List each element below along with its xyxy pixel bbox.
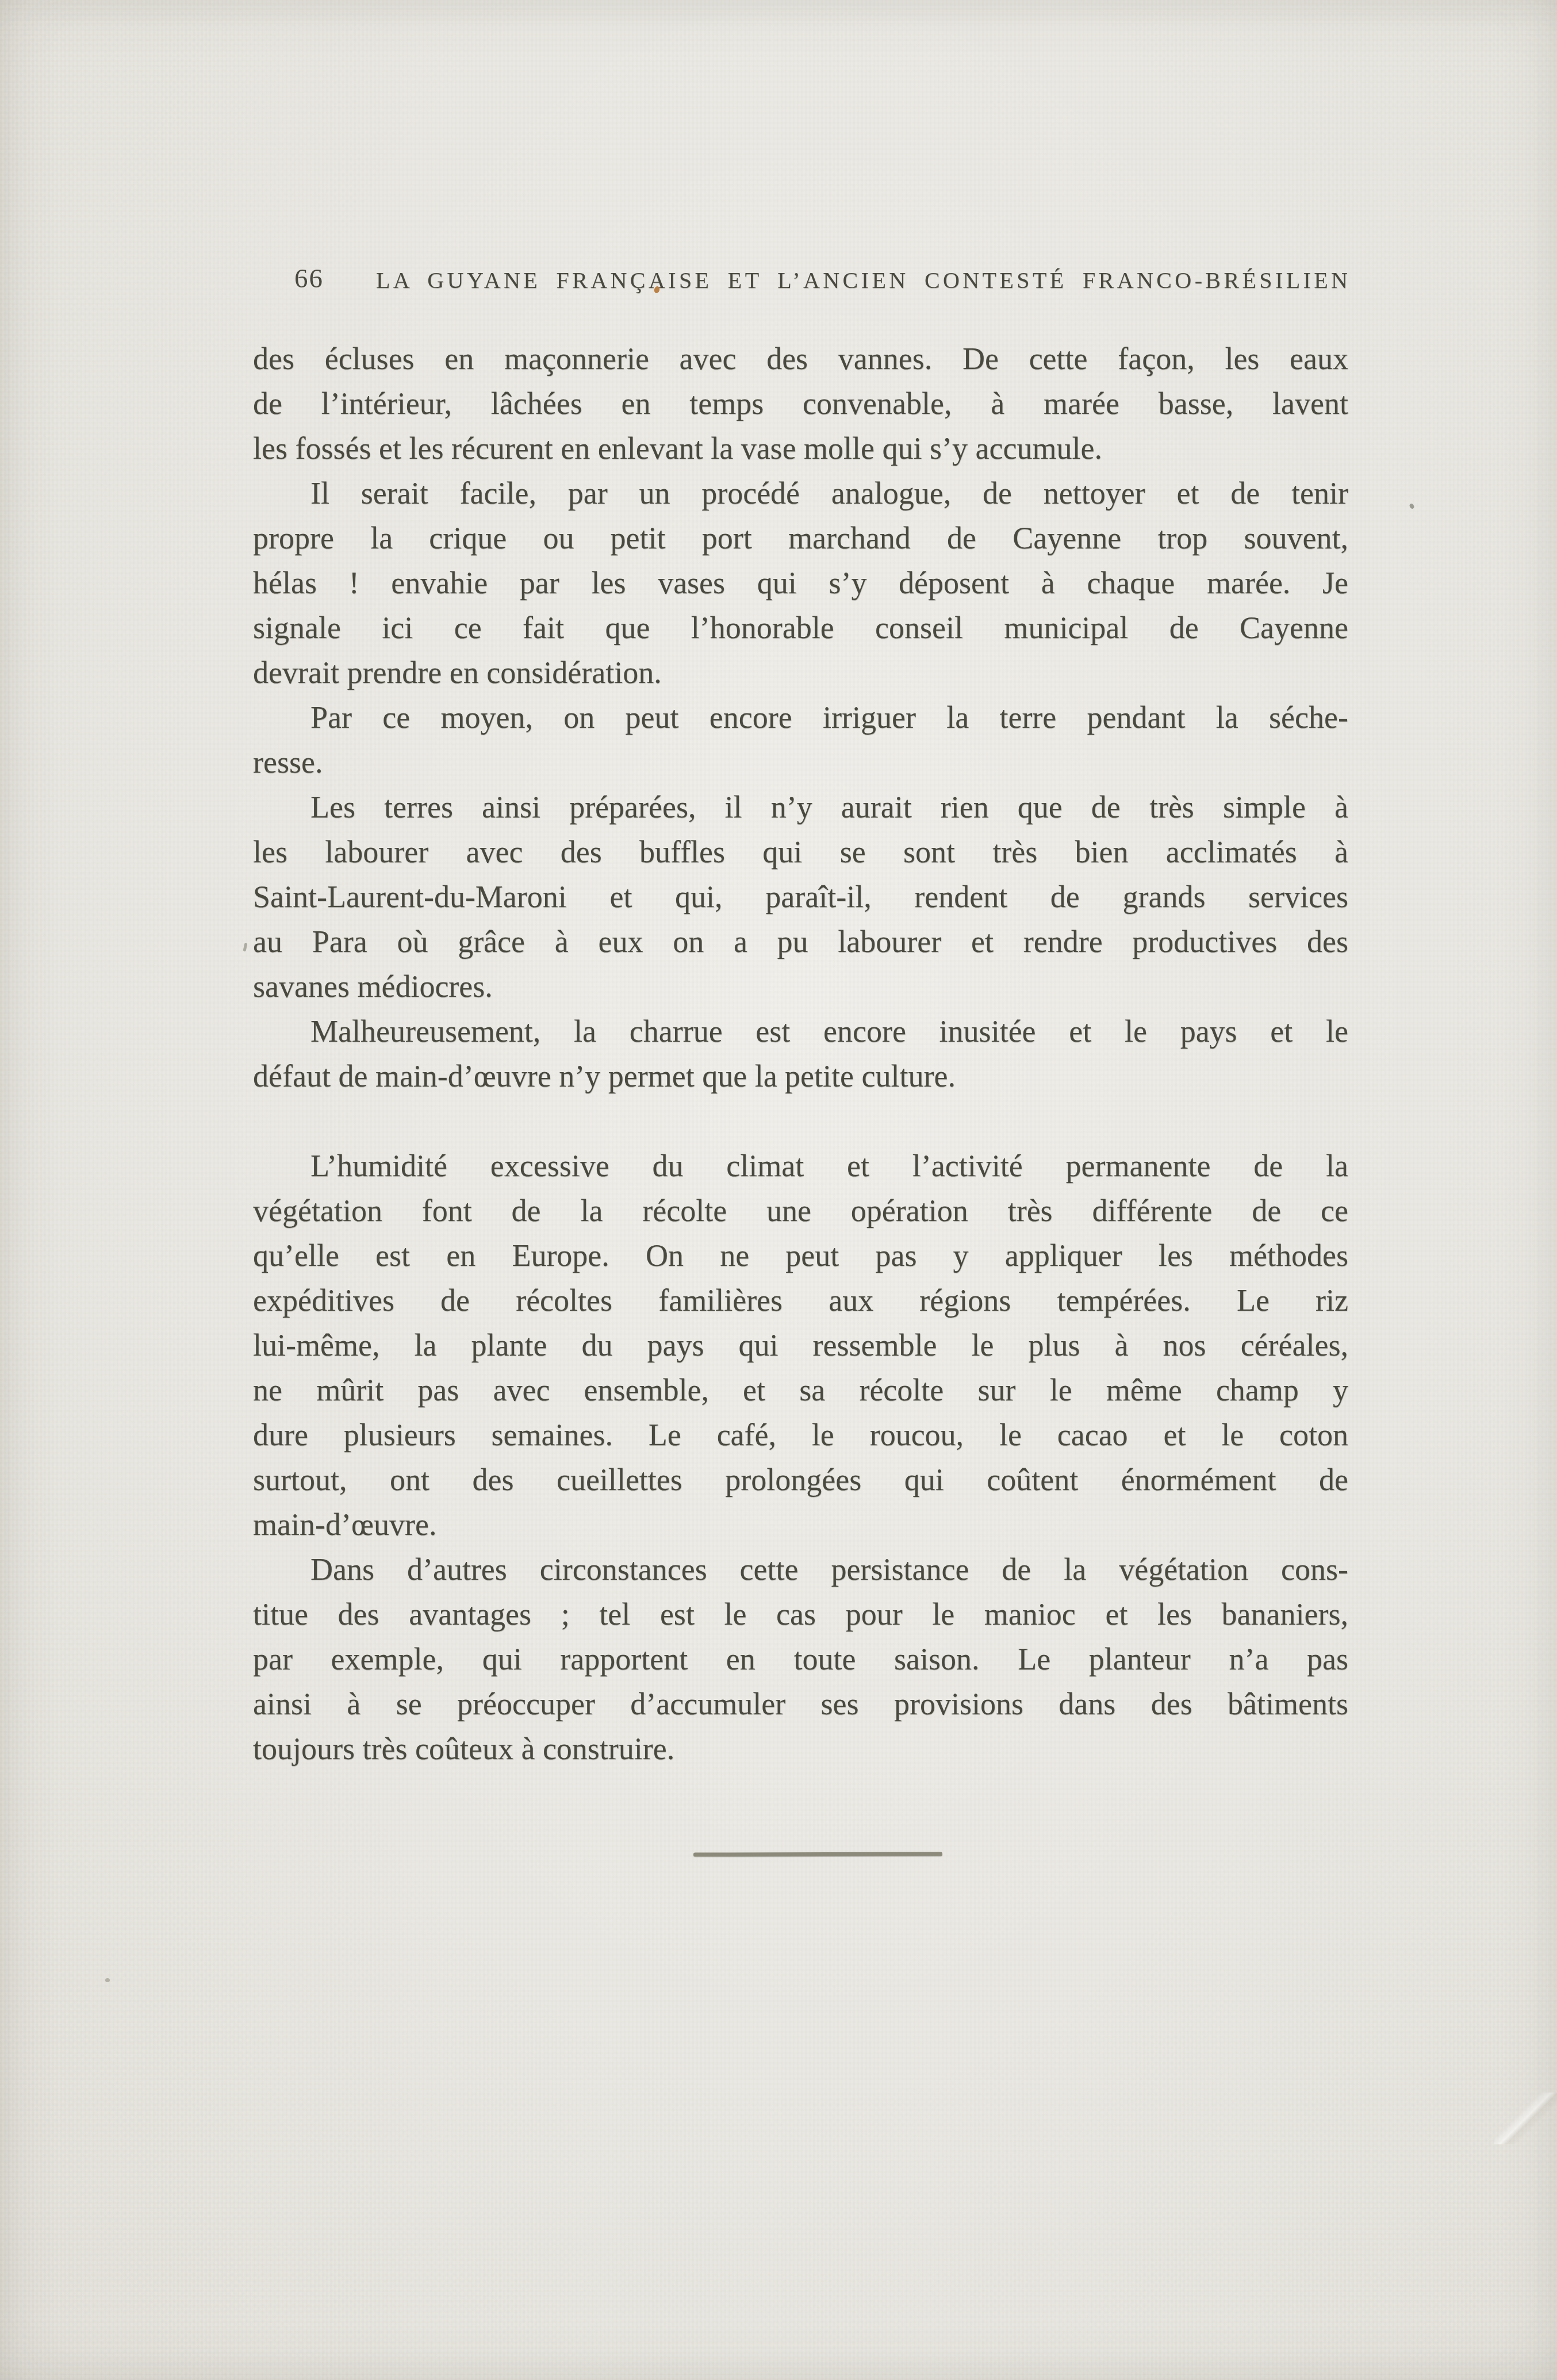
paper-speck: [243, 943, 247, 952]
text-line: par exemple, qui rapportent en toute sai…: [253, 1637, 1348, 1682]
text-line: Par ce moyen, on peut encore irriguer la…: [253, 695, 1348, 740]
text-line: défaut de main-d’œuvre n’y permet que la…: [253, 1054, 1348, 1099]
paragraph: Malheureusement, la charrue est encore i…: [253, 1009, 1348, 1099]
text-line: resse.: [253, 740, 1348, 785]
text-line: des écluses en maçonnerie avec des vanne…: [253, 336, 1348, 381]
page-header: 66 LA GUYANE FRANÇAISE ET L’ANCIEN CONTE…: [253, 260, 1348, 300]
text-line: les fossés et les récurent en enlevant l…: [253, 426, 1348, 471]
text-line: Les terres ainsi préparées, il n’y aurai…: [253, 785, 1348, 830]
text-line: hélas ! envahie par les vases qui s’y dé…: [253, 561, 1348, 605]
text-line: Saint-Laurent-du-Maroni et qui, paraît-i…: [253, 874, 1348, 919]
text-line: de l’intérieur, lâchées en temps convena…: [253, 381, 1348, 426]
paper-crease: [1494, 2093, 1557, 2144]
text-line: végétation font de la récolte une opérat…: [253, 1188, 1348, 1233]
text-line: au Para où grâce à eux on a pu labourer …: [253, 919, 1348, 964]
paragraph: Dans d’autres circonstances cette persis…: [253, 1547, 1348, 1771]
text-line: les labourer avec des buffles qui se son…: [253, 830, 1348, 874]
text-line: dure plusieurs semaines. Le café, le rou…: [253, 1412, 1348, 1457]
paragraph: Par ce moyen, on peut encore irriguer la…: [253, 695, 1348, 785]
text-line: propre la crique ou petit port marchand …: [253, 516, 1348, 561]
paragraph: des écluses en maçonnerie avec des vanne…: [253, 336, 1348, 471]
text-line: devrait prendre en considération.: [253, 650, 1348, 695]
running-title: LA GUYANE FRANÇAISE ET L’ANCIEN CONTESTÉ…: [376, 267, 1351, 294]
text-line: lui-même, la plante du pays qui ressembl…: [253, 1323, 1348, 1368]
paragraph: L’humidité excessive du climat et l’acti…: [253, 1143, 1348, 1547]
section-end-rule: [693, 1852, 942, 1856]
paragraph: Il serait facile, par un procédé analogu…: [253, 471, 1348, 695]
text-line: main-d’œuvre.: [253, 1502, 1348, 1547]
text-line: expéditives de récoltes familières aux r…: [253, 1278, 1348, 1323]
text-line: Dans d’autres circonstances cette persis…: [253, 1547, 1348, 1592]
text-line: toujours très coûteux à construire.: [253, 1726, 1348, 1771]
book-page: 66 LA GUYANE FRANÇAISE ET L’ANCIEN CONTE…: [0, 0, 1557, 2380]
paper-speck: [1409, 503, 1415, 509]
text-line: Malheureusement, la charrue est encore i…: [253, 1009, 1348, 1054]
text-line: surtout, ont des cueillettes prolongées …: [253, 1457, 1348, 1502]
paragraph: Les terres ainsi préparées, il n’y aurai…: [253, 785, 1348, 1009]
body-text: des écluses en maçonnerie avec des vanne…: [253, 336, 1348, 1771]
text-line: ainsi à se préoccuper d’accumuler ses pr…: [253, 1682, 1348, 1726]
text-line: Il serait facile, par un procédé analogu…: [253, 471, 1348, 516]
text-line: titue des avantages ; tel est le cas pou…: [253, 1592, 1348, 1637]
text-line: qu’elle est en Europe. On ne peut pas y …: [253, 1233, 1348, 1278]
paper-speck: [105, 1978, 110, 1982]
text-line: savanes médiocres.: [253, 964, 1348, 1009]
page-number: 66: [294, 263, 324, 294]
text-line: ne mûrit pas avec ensemble, et sa récolt…: [253, 1368, 1348, 1412]
text-line: L’humidité excessive du climat et l’acti…: [253, 1143, 1348, 1188]
text-line: signale ici ce fait que l’honorable cons…: [253, 605, 1348, 650]
